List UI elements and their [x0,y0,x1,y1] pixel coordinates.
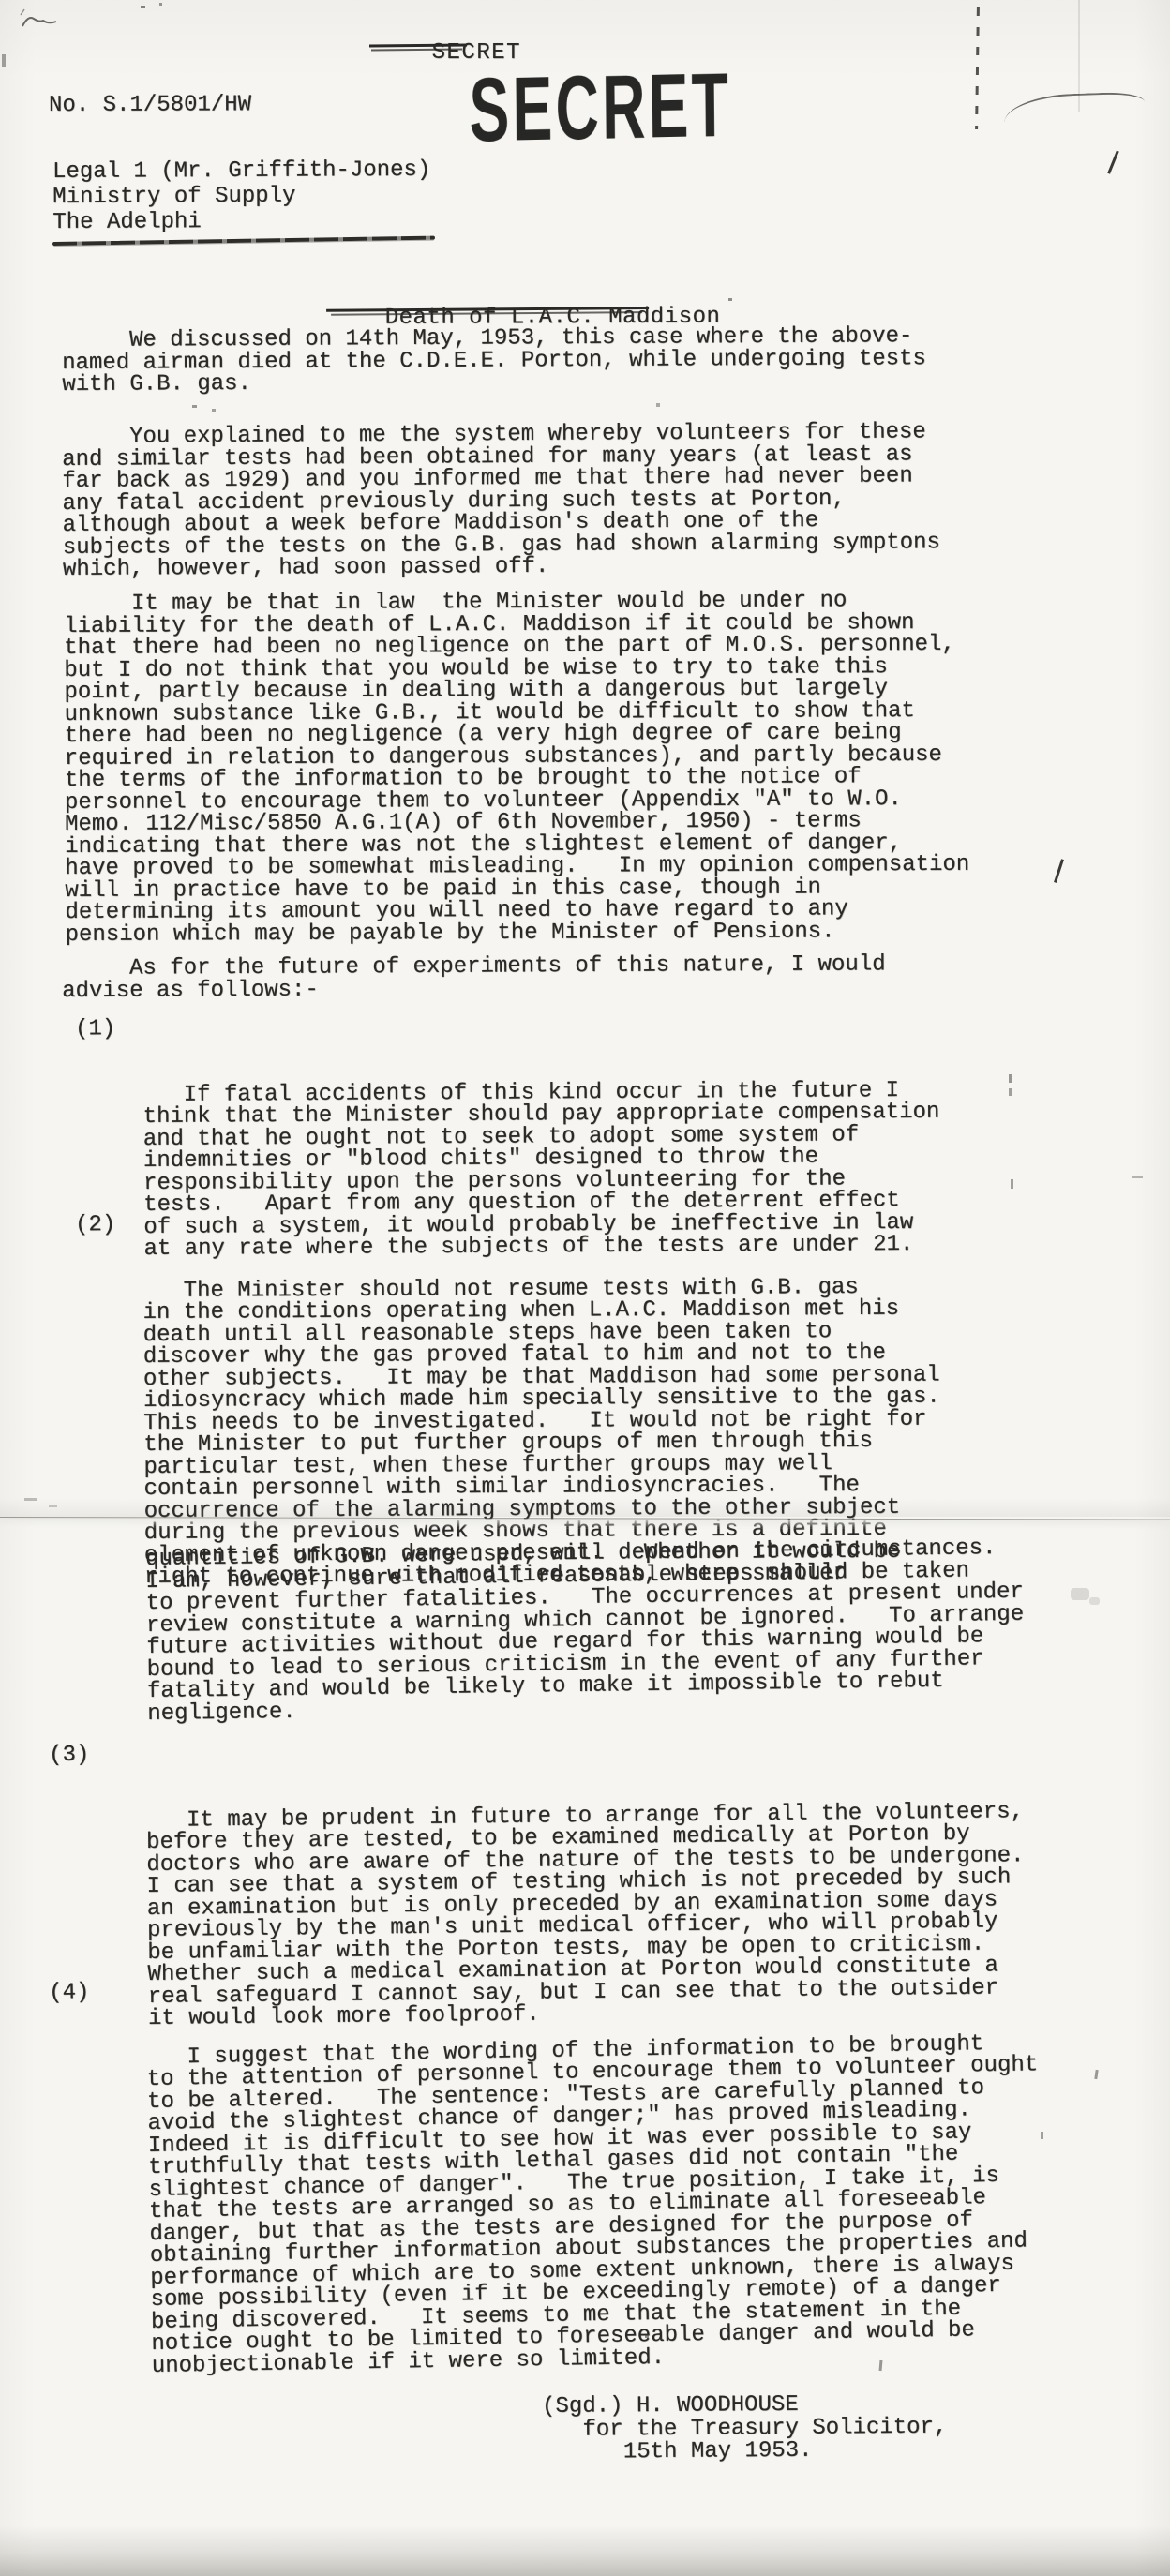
paragraph: We discussed on 14th May, 1953, this cas… [62,325,926,396]
item-number: (2) [75,1214,115,1236]
scan-speck [192,405,197,408]
text-line: which, however, had soon passed off. [63,553,940,580]
stamp-texture [469,52,750,155]
reference-number: No. S.1/5801/HW [49,94,251,116]
text-line: advise as follows:- [62,976,886,1002]
scan-smudge [1089,1597,1100,1605]
scan-speck [728,298,732,301]
scan-speck [212,409,216,412]
scan-speck [159,3,162,6]
scan-speck [49,1505,57,1507]
scan-speck [2,54,6,67]
item-number: (4) [49,1982,90,2004]
scan-artifact-hairline [1004,91,1146,122]
scan-speck [1009,1088,1012,1096]
text-line: Ministry of Supply [52,183,430,210]
text-line: As for the future of experiments of this… [62,953,886,980]
scan-speck [1009,1074,1012,1083]
signature-block: (Sgd.) H. WOODHOUSE for the Treasury Sol… [542,2393,948,2465]
continuation-paragraph: quantities of G.B. were used, will depen… [145,1537,1026,1725]
scan-speck [1132,1176,1143,1178]
text-line: The Adelphi [52,208,430,235]
paragraph: It may be that in law the Minister would… [64,590,970,946]
page-seam-shadow [0,1498,1170,1517]
scan-speck [656,403,660,407]
scan-streak [1078,0,1080,112]
item-number: (1) [75,1018,115,1041]
address-underline [52,236,435,246]
paragraph: You explained to me the system whereby v… [62,421,940,580]
scan-artifact-slash [1054,859,1063,883]
scan-speck [1011,1179,1013,1189]
scan-speck [645,2334,649,2338]
scan-speck [659,2337,662,2340]
text-line: pension which may be payable by the Mini… [66,920,970,946]
text-line: Legal 1 (Mr. Griffith-Jones) [52,157,430,185]
text-line: named airman died at the C.D.E.E. Porton… [62,348,926,374]
item-body: I suggest that the wording of the inform… [146,2032,1042,2377]
bottom-scan-edge [0,2525,1170,2576]
text-line: with G.B. gas. [62,369,926,396]
scan-smudge [1071,1588,1089,1600]
paragraph: As for the future of experiments of this… [62,953,886,1002]
scan-speck [1041,2132,1043,2139]
scan-artifact-dashed-line [975,7,980,129]
item-number: (3) [49,1745,89,1767]
scan-speck [24,1498,37,1501]
text-line: 15th May 1953. [542,2439,947,2465]
addressee-block: Legal 1 (Mr. Griffith-Jones)Ministry of … [52,157,431,235]
scan-speck [141,6,145,8]
scan-speck [1094,2070,1098,2079]
scanned-memo-page: SECRET SECRET No. S.1/5801/HW Legal 1 (M… [0,0,1170,2576]
scan-artifact-slash [1107,150,1118,173]
numbered-item: (4) I suggest that the wording of the in… [145,1966,1043,2421]
pencil-mark [19,2,67,36]
